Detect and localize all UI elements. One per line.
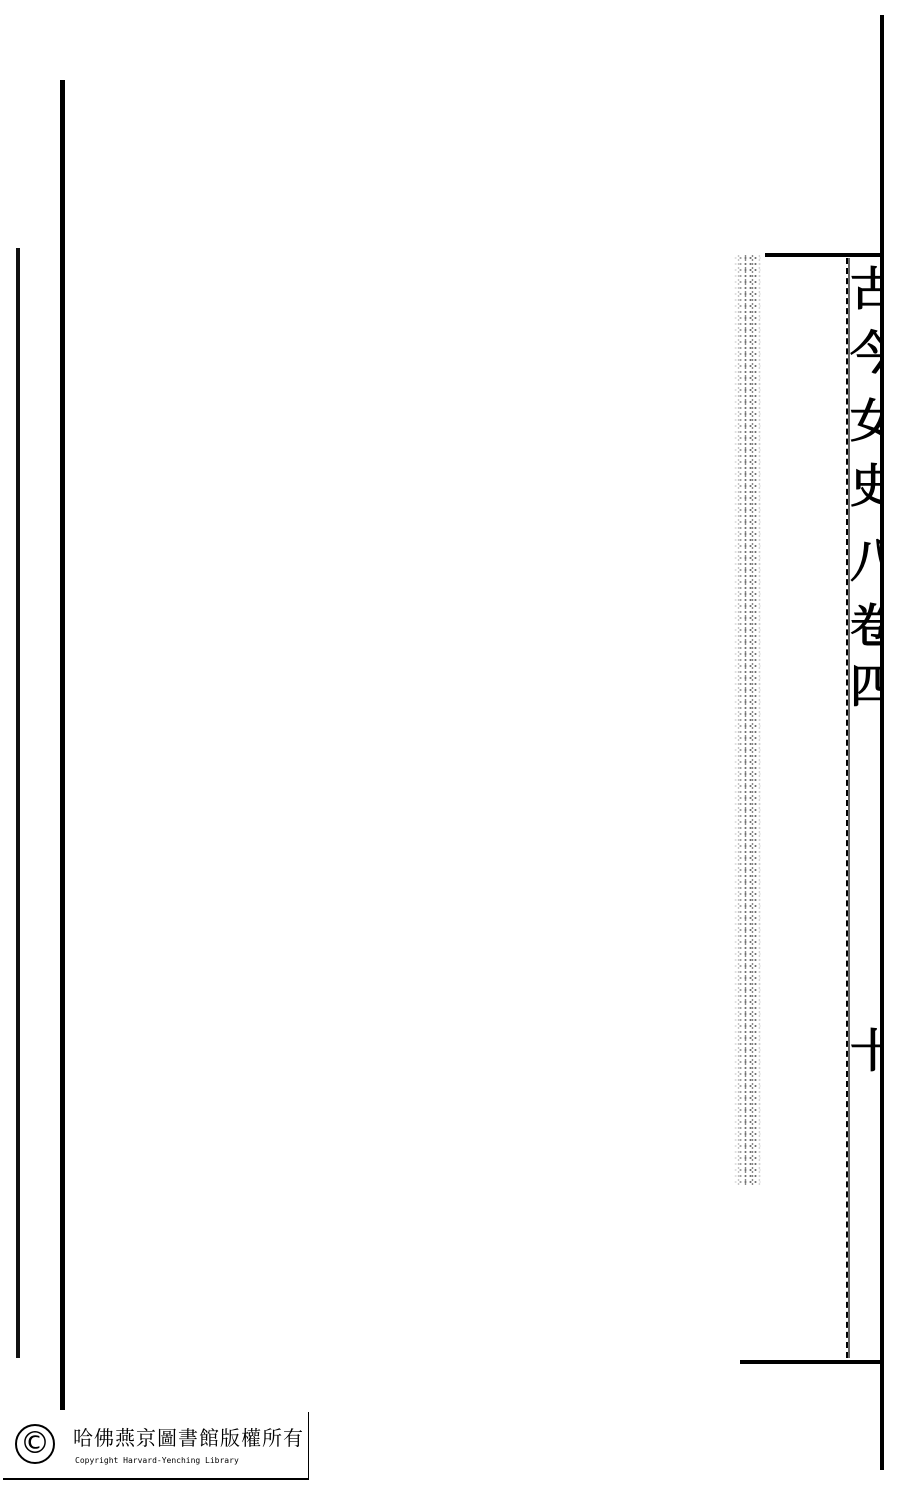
copyright-english-text: Copyright Harvard-Yenching Library [75, 1456, 239, 1465]
title-char: 今 [850, 330, 880, 376]
title-char: 史 [850, 463, 880, 509]
title-char: 女 [850, 398, 880, 444]
binding-edge-line [60, 80, 65, 1410]
copyright-icon: © [15, 1424, 55, 1464]
binding-edge-outer-line [16, 248, 20, 1358]
title-char: 四 [850, 663, 880, 709]
title-char: 十 [850, 1028, 880, 1074]
copyright-stamp: © 哈佛燕京圖書館版權所有 Copyright Harvard-Yenching… [3, 1412, 309, 1480]
copyright-chinese-text: 哈佛燕京圖書館版權所有 [73, 1422, 304, 1451]
title-slip-top-border [765, 253, 882, 257]
title-char: 八 [850, 538, 880, 584]
title-slip-text: 古 今 女 史 八 卷 四 十 [850, 258, 880, 1358]
title-slip-bottom-border [740, 1360, 882, 1364]
page-right-border [880, 15, 884, 1470]
title-char: 古 [850, 266, 880, 312]
paper-edge-speckle [733, 255, 761, 1185]
title-char: 卷 [850, 603, 880, 649]
